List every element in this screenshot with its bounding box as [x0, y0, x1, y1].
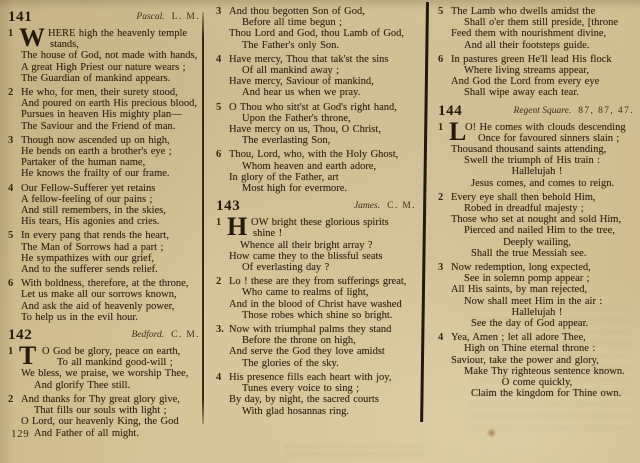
verse-line: The Guardian of mankind appears. — [21, 73, 202, 84]
verse-line: The Saviour and the Friend of man. — [21, 121, 202, 132]
verse-line: Tunes every voice to sing ; — [229, 383, 418, 394]
verse-line: All His saints, by man rejected, — [451, 284, 636, 295]
verse-line: Robed in dreadful majesty ; — [451, 203, 636, 214]
verse-number: 1 — [438, 122, 443, 133]
verse-line: And God the Lord from every eye — [451, 76, 636, 87]
verse-line: O Lord, our heavenly King, the God — [21, 416, 202, 427]
verse-line: Though now ascended up on high, — [21, 135, 202, 146]
drop-cap: W — [19, 28, 45, 48]
verse-line: The glories of the sky. — [229, 358, 418, 369]
verse-line: Before all time begun ; — [229, 17, 418, 28]
hymn-tune-meter: Bedford.C. M. — [131, 330, 200, 340]
verse-line: Partaker of the human name, — [21, 157, 202, 168]
hymn-verse: 3And thou begotten Son of God,Before all… — [216, 6, 418, 51]
verse-number: 6 — [216, 149, 221, 160]
hymn-header: 142Bedford.C. M. — [8, 326, 202, 342]
verse-line: That fills our souls with light ; — [21, 405, 202, 416]
verse-line: In every pang that rends the heart, — [21, 230, 202, 241]
verse-line: Of everlasting day ? — [229, 262, 418, 273]
verse-line: Feed them with nourishment divine, — [451, 28, 636, 39]
hymn-header: 144Regent Square.87, 87, 47. — [438, 102, 636, 118]
verse-line: shine ! — [229, 228, 418, 239]
verse-line: High on Thine eternal throne : — [451, 343, 636, 354]
verse-line: Upon the Father's throne, — [229, 113, 418, 124]
verse-line: And still remembers, in the skies, — [21, 205, 202, 216]
paper-stain — [486, 428, 497, 438]
verse-line: Have mercy, Saviour of mankind, — [229, 76, 418, 87]
verse-number: 2 — [8, 87, 13, 98]
verse-line: And ask the aid of heavenly power, — [21, 301, 202, 312]
verse-line: The everlasting Son, — [229, 135, 418, 146]
column-2: 3And thou begotten Son of God,Before all… — [216, 6, 418, 420]
verse-number: 3 — [8, 135, 13, 146]
meter-label: C. M. — [387, 201, 416, 211]
hymn-verse: 6With boldness, therefore, at the throne… — [8, 278, 202, 323]
verse-line: How came they to the blissful seats — [229, 251, 418, 262]
verse-line: And serve the God they love amidst — [229, 346, 418, 357]
drop-cap: H — [227, 217, 247, 237]
verse-line: O Thou who sitt'st at God's right hand, — [229, 102, 418, 113]
hymn-verse: 1LO! He comes with clouds descendingOnce… — [438, 122, 636, 189]
hymn-verse: 3Though now ascended up on high,He bends… — [8, 135, 202, 180]
verse-line: And in the blood of Christ have washed — [229, 299, 418, 310]
verse-line: And all their footsteps guide. — [451, 40, 636, 51]
verse-line: He knows the frailty of our frame. — [21, 168, 202, 179]
hymn-verse: 2He who, for men, their surety stood,And… — [8, 87, 202, 132]
verse-line: Our Fellow-Sufferer yet retains — [21, 183, 202, 194]
tune-name: Pascal. — [136, 12, 164, 22]
verse-line: And hear us when we pray. — [229, 87, 418, 98]
verse-line: A great High Priest our nature wears ; — [21, 62, 202, 73]
column-divider-left — [202, 12, 204, 424]
column-3: 5The Lamb who dwells amidst theShall o'e… — [438, 6, 636, 403]
verse-line: To help us in the evil hour. — [21, 312, 202, 323]
verse-line: Yea, Amen ; let all adore Thee, — [451, 332, 636, 343]
verse-line: O God be glory, peace on earth, — [21, 346, 202, 357]
verse-line: And thou begotten Son of God, — [229, 6, 418, 17]
verse-line: His presence fills each heart with joy, — [229, 372, 418, 383]
hymn-verse: 4Yea, Amen ; let all adore Thee,High on … — [438, 332, 636, 399]
verse-line: By day, by night, the sacred courts — [229, 394, 418, 405]
verse-line: The house of God, not made with hands, — [21, 50, 202, 61]
hymn-verse: 5The Lamb who dwells amidst theShall o'e… — [438, 6, 636, 51]
verse-number: 5 — [438, 6, 443, 17]
verse-line: Whence all their bright array ? — [229, 240, 418, 251]
verse-line: And to the sufferer sends relief. — [21, 264, 202, 275]
verse-line: Those who set at nought and sold Him, — [451, 214, 636, 225]
verse-number: 2 — [216, 276, 221, 287]
verse-line: To all mankind good-will ; — [21, 357, 202, 368]
tune-name: James. — [354, 201, 380, 211]
hymn-verse: 5O Thou who sitt'st at God's right hand,… — [216, 102, 418, 147]
meter-label: L. M. — [172, 12, 200, 22]
verse-number: 2 — [438, 192, 443, 203]
verse-number: 1 — [8, 346, 13, 357]
verse-line: Hallelujah ! — [451, 166, 636, 177]
hymn-tune-meter: James.C. M. — [354, 201, 416, 211]
verse-line: His tears, His agonies and cries. — [21, 216, 202, 227]
hymn-verse: 5In every pang that rends the heart,The … — [8, 230, 202, 275]
verse-line: He sympathizes with our grief, — [21, 253, 202, 264]
verse-line: He who, for men, their surety stood, — [21, 87, 202, 98]
column-divider-right — [420, 2, 428, 422]
verse-line: In pastures green He'll lead His flock — [451, 54, 636, 65]
hymn-tune-meter: Pascal.L. M. — [136, 12, 200, 22]
verse-line: Of all mankind away ; — [229, 65, 418, 76]
verse-number: 5 — [8, 230, 13, 241]
hymn-header: 141Pascal.L. M. — [8, 8, 202, 24]
drop-cap: L — [449, 122, 466, 142]
verse-line: Saviour, take the power and glory, — [451, 355, 636, 366]
verse-line: Deeply wailing, — [451, 237, 636, 248]
hymn-verse: 1HOW bright these glorious spiritsshine … — [216, 217, 418, 273]
verse-line: The Father's only Son. — [229, 40, 418, 51]
verse-line: Thousand thousand saints attending, — [451, 144, 636, 155]
verse-line: Swell the triumph of His train : — [451, 155, 636, 166]
verse-number: 6 — [8, 278, 13, 289]
verse-line: Claim the kingdom for Thine own. — [451, 388, 636, 399]
verse-line: And thanks for Thy great glory give, — [21, 394, 202, 405]
verse-line: And glorify Thee still. — [21, 380, 202, 391]
hymn-verse: 4His presence fills each heart with joy,… — [216, 372, 418, 417]
verse-number: 6 — [438, 54, 443, 65]
verse-line: The Lamb who dwells amidst the — [451, 6, 636, 17]
hymn-header: 143James.C. M. — [216, 197, 418, 213]
verse-line: stands, — [21, 39, 202, 50]
verse-line: Have mercy, Thou that tak'st the sins — [229, 54, 418, 65]
verse-line: Whom heaven and earth adore, — [229, 161, 418, 172]
verse-line: Shall the true Messiah see. — [451, 248, 636, 259]
verse-number: 1 — [216, 217, 221, 228]
verse-line: Every eye shall then behold Him, — [451, 192, 636, 203]
verse-number: 3. — [216, 324, 224, 335]
verse-line: Pierced and nailed Him to the tree, — [451, 225, 636, 236]
tune-name: Regent Square. — [514, 106, 572, 116]
verse-line: Thou Lord and God, thou Lamb of God, — [229, 28, 418, 39]
verse-number: 2 — [8, 394, 13, 405]
hymn-verse: 3.Now with triumphal palms they standBef… — [216, 324, 418, 369]
verse-line: Before the throne on high, — [229, 335, 418, 346]
meter-label: C. M. — [171, 330, 200, 340]
verse-line: Have mercy on us, Thou, O Christ, — [229, 124, 418, 135]
verse-line: Where living streams appear, — [451, 65, 636, 76]
meter-label: 87, 87, 47. — [578, 106, 634, 116]
hymn-tune-meter: Regent Square.87, 87, 47. — [514, 106, 634, 116]
hymn-verse: 2Every eye shall then behold Him,Robed i… — [438, 192, 636, 259]
verse-number: 1 — [8, 28, 13, 39]
verse-line: Once for favoured sinners slain ; — [451, 133, 636, 144]
page-number: 129 — [11, 428, 29, 440]
verse-line: O! He comes with clouds descending — [451, 122, 636, 133]
verse-line: Lo ! these are they from sufferings grea… — [229, 276, 418, 287]
hymn-verse: 2Lo ! these are they from sufferings gre… — [216, 276, 418, 321]
verse-line: We bless, we praise, we worship Thee, — [21, 368, 202, 379]
tune-name: Bedford. — [131, 330, 164, 340]
verse-line: Now with triumphal palms they stand — [229, 324, 418, 335]
verse-number: 3 — [216, 6, 221, 17]
verse-line: Pursues in heaven His mighty plan— — [21, 109, 202, 120]
verse-number: 4 — [216, 372, 221, 383]
drop-cap: T — [19, 346, 36, 366]
hymn-verse: 2And thanks for Thy great glory give,Tha… — [8, 394, 202, 439]
hymn-verse: 6In pastures green He'll lead His flockW… — [438, 54, 636, 99]
verse-line: Jesus comes, and comes to reign. — [451, 178, 636, 189]
verse-line: See the day of God appear. — [451, 318, 636, 329]
hymn-verse: 4Have mercy, Thou that tak'st the sinsOf… — [216, 54, 418, 99]
paper-showthrough — [284, 440, 424, 456]
hymn-verse: 6Thou, Lord, who, with the Holy Ghost,Wh… — [216, 149, 418, 194]
column-1: 141Pascal.L. M.1WHERE high the heavenly … — [8, 6, 202, 442]
verse-line: A fellow-feeling of our pains ; — [21, 194, 202, 205]
verse-line: Shall o'er them still preside, [throne — [451, 17, 636, 28]
verse-line: Hallelujah ! — [451, 307, 636, 318]
verse-line: Those robes which shine so bright. — [229, 310, 418, 321]
verse-line: He bends on earth a brother's eye ; — [21, 146, 202, 157]
verse-line: Now shall meet Him in the air : — [451, 296, 636, 307]
verse-line: HERE high the heavenly temple — [21, 28, 202, 39]
hymn-verse: 1TO God be glory, peace on earth,To all … — [8, 346, 202, 391]
hymnal-page: 141Pascal.L. M.1WHERE high the heavenly … — [0, 0, 640, 463]
verse-line: Let us make all our sorrows known, — [21, 289, 202, 300]
verse-number: 4 — [216, 54, 221, 65]
verse-line: With boldness, therefore, at the throne, — [21, 278, 202, 289]
verse-line: With glad hosannas ring. — [229, 406, 418, 417]
verse-line: The Man of Sorrows had a part ; — [21, 242, 202, 253]
verse-line: Most high for evermore. — [229, 183, 418, 194]
verse-line: And poured on earth His precious blood, — [21, 98, 202, 109]
verse-number: 5 — [216, 102, 221, 113]
verse-number: 3 — [438, 262, 443, 273]
verse-line: OW bright these glorious spirits — [229, 217, 418, 228]
hymn-verse: 3Now redemption, long expected,See in so… — [438, 262, 636, 329]
hymn-verse: 4Our Fellow-Sufferer yet retainsA fellow… — [8, 183, 202, 228]
verse-line: And Father of all might. — [21, 428, 202, 439]
verse-line: In glory of the Father, art — [229, 172, 418, 183]
verse-number: 4 — [8, 183, 13, 194]
verse-line: Who came to realms of light, — [229, 287, 418, 298]
verse-line: Now redemption, long expected, — [451, 262, 636, 273]
hymn-verse: 1WHERE high the heavenly templestands,Th… — [8, 28, 202, 84]
verse-line: Make Thy righteous sentence known. — [451, 366, 636, 377]
verse-line: Thou, Lord, who, with the Holy Ghost, — [229, 149, 418, 160]
verse-number: 4 — [438, 332, 443, 343]
verse-line: Shall wipe away each tear. — [451, 87, 636, 98]
verse-line: O come quickly, — [451, 377, 636, 388]
verse-line: See in solemn pomp appear ; — [451, 273, 636, 284]
